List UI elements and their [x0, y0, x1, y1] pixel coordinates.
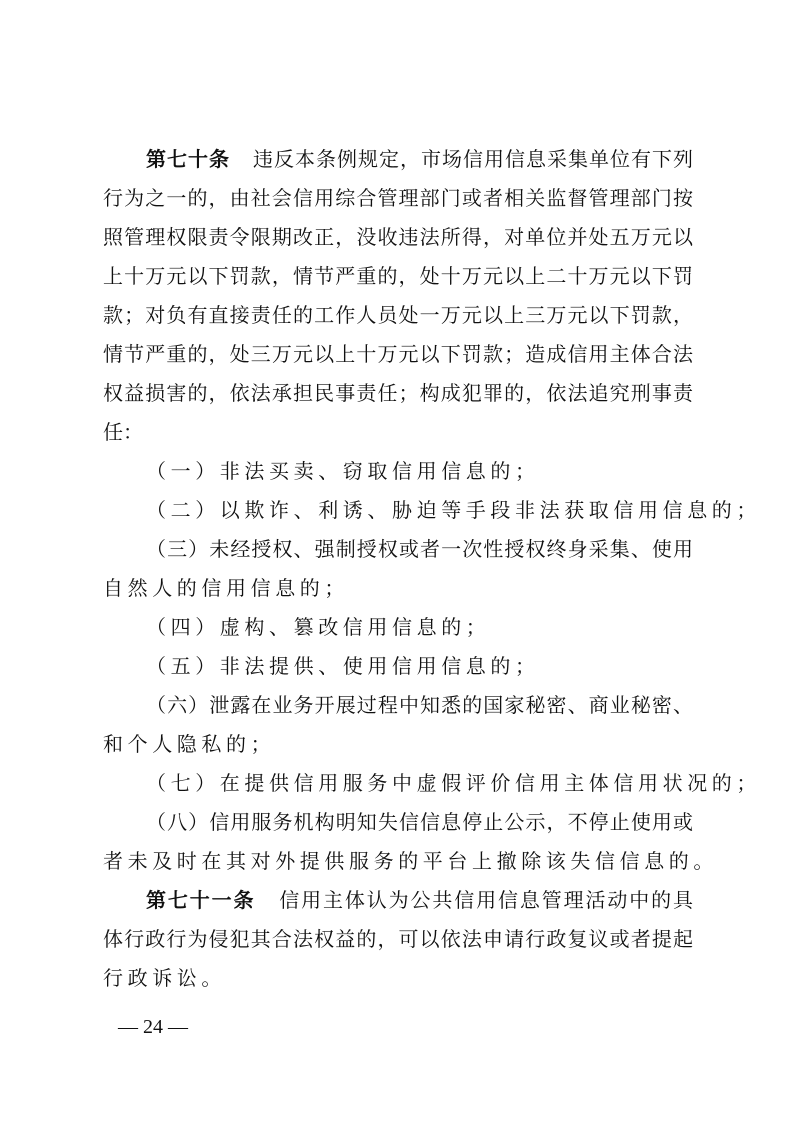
list-item-3-line-2: 自然人的信用信息的；	[103, 570, 693, 606]
list-item-8-line-1: （八）信用服务机构明知失信信息停止公示，不停止使用或	[146, 804, 693, 840]
page-number: — 24 —	[118, 1013, 188, 1041]
list-item-8-line-2: 者未及时在其对外提供服务的平台上撤除该失信信息的。	[103, 843, 693, 879]
list-item-2: （二）以欺诈、利诱、胁迫等手段非法获取信用信息的；	[146, 492, 693, 528]
list-item-6-line-1: （六）泄露在业务开展过程中知悉的国家秘密、商业秘密、	[146, 687, 693, 723]
article-71-line-1: 第七十一条信用主体认为公共信用信息管理活动中的具	[146, 882, 693, 918]
list-item-3-line-1: （三）未经授权、强制授权或者一次性授权终身采集、使用	[146, 531, 693, 567]
document-page: 第七十条违反本条例规定，市场信用信息采集单位有下列 行为之一的，由社会信用综合管…	[0, 0, 793, 1122]
article-70-line-5: 款；对负有直接责任的工作人员处一万元以上三万元以下罚款，	[103, 297, 693, 333]
article-70-line-6: 情节严重的，处三万元以上十万元以下罚款；造成信用主体合法	[103, 336, 693, 372]
article-71-line-3: 行政诉讼。	[103, 960, 693, 996]
article-70-line-2: 行为之一的，由社会信用综合管理部门或者相关监督管理部门按	[103, 180, 693, 216]
article-70-line-3: 照管理权限责令限期改正，没收违法所得，对单位并处五万元以	[103, 219, 693, 255]
article-70-line-1: 第七十条违反本条例规定，市场信用信息采集单位有下列	[146, 141, 693, 177]
article-71-heading: 第七十一条	[146, 888, 255, 912]
article-71-line-2: 体行政行为侵犯其合法权益的，可以依法申请行政复议或者提起	[103, 921, 693, 957]
article-70-line-4: 上十万元以下罚款，情节严重的，处十万元以上二十万元以下罚	[103, 258, 693, 294]
list-item-4: （四）虚构、篡改信用信息的；	[146, 609, 693, 645]
article-70-line-7: 权益损害的，依法承担民事责任；构成犯罪的，依法追究刑事责	[103, 375, 693, 411]
list-item-5: （五）非法提供、使用信用信息的；	[146, 648, 693, 684]
article-70-line-8: 任：	[103, 414, 693, 450]
list-item-1: （一）非法买卖、窃取信用信息的；	[146, 453, 693, 489]
article-70-heading: 第七十条	[146, 147, 230, 171]
list-item-7: （七）在提供信用服务中虚假评价信用主体信用状况的；	[146, 765, 693, 801]
list-item-6-line-2: 和个人隐私的；	[103, 726, 693, 762]
